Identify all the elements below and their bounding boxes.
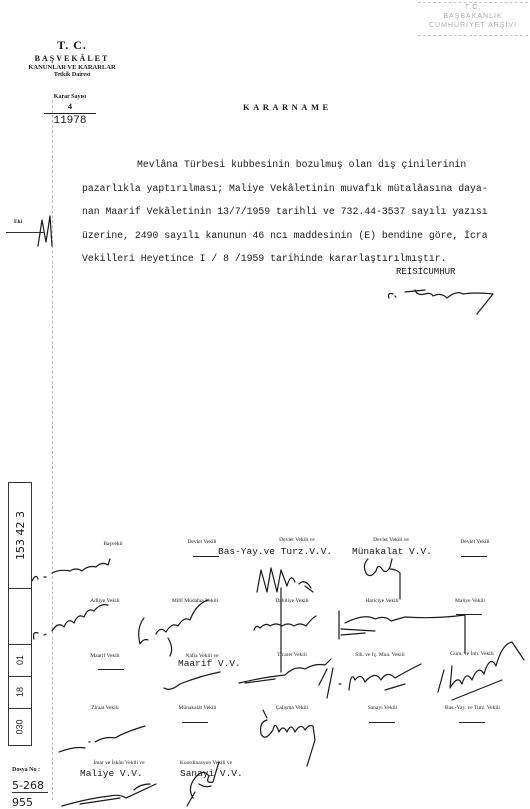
- body-line: Mevlâna Türbesi kubbesinin bozulmuş olan…: [82, 153, 522, 177]
- minister-label: Devlet Vekili ve: [356, 537, 426, 543]
- decision-number-label: Karar Sayısı: [40, 94, 100, 100]
- decision-number-block: Karar Sayısı 4 11978: [40, 94, 100, 127]
- signature-icon: [255, 706, 325, 766]
- minister-label: Sanayi Vekili: [355, 705, 410, 711]
- minister-label: Maliye Vekili: [445, 598, 495, 604]
- archive-box-cell: 030: [9, 708, 31, 745]
- signature-icon: [250, 612, 320, 638]
- minister-label: Devlet Vekili ve: [262, 537, 332, 543]
- dosya-number-2: 955: [12, 796, 33, 809]
- minister-label: Sıh. ve İç. Mua. Vekili: [340, 652, 420, 658]
- minister-label: Maarif Vekili: [80, 653, 130, 659]
- margin-line: [52, 100, 53, 800]
- not-present-dash: [98, 669, 124, 670]
- signature-icon: [432, 640, 527, 695]
- minister-label: Devlet Vekili: [445, 539, 505, 545]
- body-line: Vekilleri Heyetince I / 8 /1959 tarihind…: [82, 247, 522, 271]
- signature-icon: [55, 712, 155, 757]
- signature-icon: [60, 770, 160, 809]
- minister-label: İmar ve İskân Vekili ve: [74, 760, 164, 766]
- minister-typed-role: Bas-Yay.ve Turz.V.V.: [218, 546, 332, 557]
- minister-label: Münakalât Vekili: [165, 705, 230, 711]
- signature-icon: [325, 660, 425, 705]
- decree-body: Mevlâna Türbesi kubbesinin bozulmuş olan…: [82, 153, 522, 271]
- minister-label: Bas.-Yay. ve Turz. Vekili: [425, 705, 520, 711]
- archive-box-cell: [9, 588, 31, 645]
- stamp-line: T.C.: [418, 3, 528, 12]
- body-line: üzerine, 2490 sayılı kanunun 46 ncı madd…: [82, 224, 522, 248]
- decision-number: 4: [40, 102, 100, 111]
- archive-box: 153 42 3 01 18 030: [8, 482, 32, 746]
- document-title: KARARNAME: [243, 102, 332, 112]
- stamp-line: CUMHURİYET ARŞİVİ: [418, 21, 528, 30]
- minister-label: Ziraat Vekili: [80, 705, 130, 711]
- archive-box-cell: 153 42 3: [9, 483, 31, 589]
- signature-icon: [30, 555, 130, 585]
- letterhead: T. C. BAŞVEKÂLET KANUNLAR VE KARARLAR Te…: [12, 38, 132, 78]
- not-present-dash: [461, 556, 487, 557]
- archive-box-cell: 01: [9, 644, 31, 677]
- minister-label: Dahiliye Vekili: [262, 598, 322, 604]
- signature-icon: [175, 758, 225, 809]
- letterhead-ministry: BAŞVEKÂLET: [12, 54, 132, 63]
- letterhead-office: Tetkik Dairesi: [12, 72, 132, 78]
- archive-stamp: T.C. BAŞBAKANLIK CUMHURİYET ARŞİVİ: [418, 2, 528, 36]
- letterhead-department: KANUNLAR VE KARARLAR: [12, 64, 132, 71]
- dosya-number: 5-268: [12, 779, 48, 793]
- ek-label: Eki: [14, 219, 22, 225]
- ek-mark-icon: [36, 212, 56, 248]
- minister-label: Devlet Vekili: [172, 539, 232, 545]
- dosya-label: Dosya No :: [12, 767, 40, 773]
- not-present-dash: [369, 722, 395, 723]
- minister-label: Başvekil: [88, 541, 138, 547]
- not-present-dash: [459, 722, 485, 723]
- body-line: nan Maarif Vekâletinin 13/7/1959 tarihli…: [82, 200, 522, 224]
- stamp-line: BAŞBAKANLIK: [418, 12, 528, 21]
- signature-icon: [30, 595, 110, 645]
- president-signature-icon: [385, 282, 505, 316]
- not-present-dash: [193, 556, 219, 557]
- body-line: pazarlıkla yaptırılması; Maliye Vekâleti…: [82, 177, 522, 201]
- not-present-dash: [182, 722, 208, 723]
- signature-icon: [130, 598, 210, 658]
- registry-number: 11978: [40, 115, 100, 127]
- president-title: REİSİCUMHUR: [396, 267, 455, 277]
- minister-label: Hariciye Vekili: [352, 598, 412, 604]
- archive-box-cell: 18: [9, 676, 31, 709]
- letterhead-tc: T. C.: [12, 38, 132, 53]
